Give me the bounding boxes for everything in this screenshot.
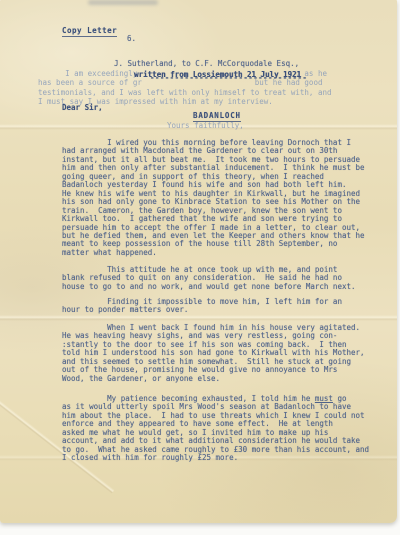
paragraph: This attitude he at once took up with me…: [62, 266, 356, 291]
letter-heading-parties: J. Sutherland, to C.F. McCorquodale Esq.…: [114, 60, 299, 68]
ink-smudge: [88, 0, 158, 5]
paragraph: I wired you this morning before leaving …: [62, 139, 365, 257]
text-line: hour to ponder matters over.: [62, 306, 342, 314]
paragraph: My patience becoming exhausted, I told h…: [62, 395, 369, 463]
paragraph: When I went back I found him in his hous…: [62, 324, 365, 383]
salutation: Dear Sir,: [62, 104, 103, 112]
page-number: 6.: [127, 35, 136, 43]
paragraph: Finding it impossible to move him, I lef…: [62, 298, 342, 315]
document-label: Copy Letter: [62, 27, 117, 37]
scanned-letter-photo: { "letter": { "label": "Copy Letter", "p…: [0, 0, 400, 535]
text-line: I closed with him for roughly £25 more.: [62, 454, 369, 462]
text-line: testimonials, and I was left with only h…: [38, 88, 332, 97]
letter-paper: Copy Letter 6. I am exceedingly , as heh…: [0, 0, 397, 523]
text-line: house to go to and no work, and would ge…: [62, 283, 356, 291]
text-line: Wood, the Gardener, or anyone else.: [62, 375, 365, 383]
text-line: matter what happened.: [62, 249, 365, 257]
heading-dashed-rule: --------------------------------: [150, 74, 307, 82]
paper-crease: [0, 315, 397, 321]
ghost-closing-text: Yours faithfully,: [167, 122, 244, 130]
